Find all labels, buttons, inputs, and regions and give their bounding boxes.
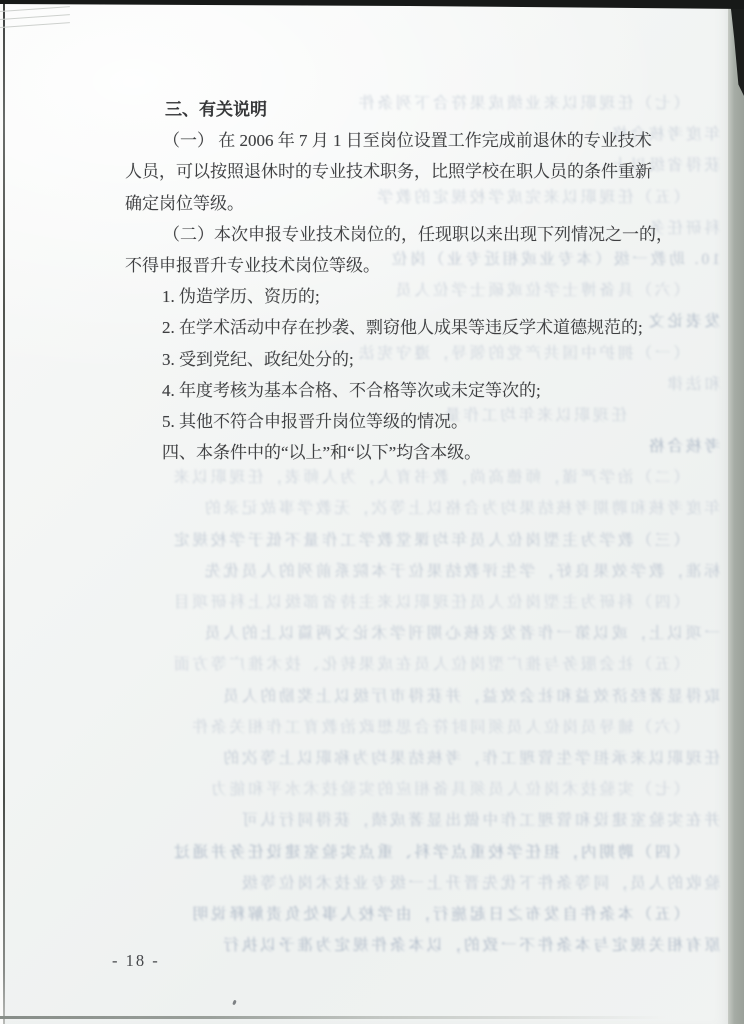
paragraph-one-line: （一） 在 2006 年 7 月 1 日至岗位设置工作完成前退休的专业技术 [125,125,670,156]
bleedthrough-line: （六）辅导员岗位人员须同时符合思想政治教育工作相关条件 [78,712,720,743]
scanner-right-strip [728,0,744,1024]
scanned-document-page: （七）任现职以来业绩成果符合下列条件年度考核合格获得省级以上（五）任现职以来完成… [0,0,744,1024]
bleedthrough-line: （七）实验技术岗位人员须具备相应的实验技术水平和能力 [78,774,720,805]
scan-speck [232,1000,237,1006]
paragraph-one-line: 人员，可以按照退休时的专业技术职务，比照学校在职人员的条件重新 [125,156,670,187]
bleedthrough-line: （三）教学为主型岗位人员年均课堂教学工作量不低于学校规定 [78,525,720,556]
document-body: 三、有关说明 （一） 在 2006 年 7 月 1 日至岗位设置工作完成前退休的… [125,94,670,468]
bleedthrough-line: 年度考核和聘期考核结果均为合格以上等次，无教学事故记录的 [78,493,720,524]
list-item-1: 1. 伪造学历、资历的; [125,281,670,312]
scanner-top-edge [0,0,744,9]
list-item-5: 5. 其他不符合申报晋升岗位等级的情况。 [125,406,670,437]
page-left-edge-line [3,0,5,1024]
bleedthrough-line: （五）社会服务与推广型岗位人员在成果转化、技术推广等方面 [78,649,720,680]
bleedthrough-line: 并在实验室建设和管理工作中做出显著成绩，获得同行认可 [78,805,720,836]
paragraph-one-line: 确定岗位等级。 [125,188,670,219]
page-bottom-edge-line [0,1016,700,1019]
bleedthrough-line: 验收的人员，同等条件下优先晋升上一级专业技术岗位等级 [78,868,720,899]
bleedthrough-line: （四）科研为主型岗位人员任现职以来主持省部级以上科研项目 [78,587,720,618]
list-item-3: 3. 受到党纪、政纪处分的; [125,344,670,375]
bleedthrough-line: （四）聘期内，担任学校重点学科、重点实验室建设任务并通过 [78,837,720,868]
list-item-4: 4. 年度考核为基本合格、不合格等次或未定等次的; [125,375,670,406]
bleedthrough-line: 取得显著经济效益和社会效益，并获得市厅级以上奖励的人员 [78,681,720,712]
section-heading-three: 三、有关说明 [125,94,670,125]
paragraph-two-line: 不得申报晋升专业技术岗位等级。 [125,250,670,281]
bleedthrough-line: 原有相关规定与本条件不一致的，以本条件规定为准予以执行 [78,930,720,961]
bleedthrough-line: 任现职以来承担学生管理工作，考核结果均为称职以上等次的 [78,743,720,774]
list-item-2: 2. 在学术活动中存在抄袭、剽窃他人成果等违反学术道德规范的; [125,312,670,343]
section-heading-four: 四、本条件中的“以上”和“以下”均含本级。 [125,437,670,468]
paragraph-two-line: （二）本次申报专业技术岗位的，任现职以来出现下列情况之一的， [125,219,670,250]
bleedthrough-line: 一项以上，或以第一作者发表核心期刊学术论文两篇以上的人员 [78,618,720,649]
bleedthrough-line: （五）本条件自发布之日起施行，由学校人事处负责解释说明 [78,899,720,930]
bleedthrough-line: 标准，教学效果良好，学生评教结果位于本院系前列的人员优先 [78,556,720,587]
page-number: - 18 - [112,951,160,971]
stacked-sheet-edges [0,4,70,64]
